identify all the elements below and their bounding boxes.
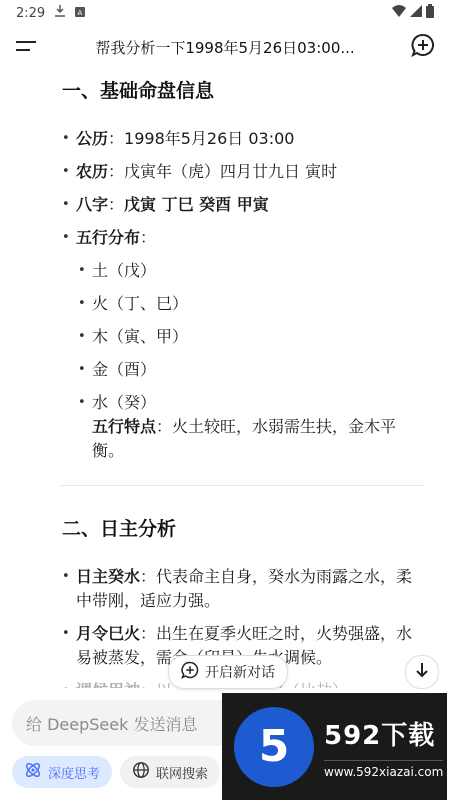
- divider: [60, 485, 424, 486]
- new-chat-button[interactable]: [410, 34, 436, 60]
- wifi-icon: [392, 5, 406, 21]
- list-item: 火（丁、巳）: [78, 292, 424, 316]
- status-time: 2:29: [16, 6, 45, 21]
- section-heading-basic: 一、基础命盘信息: [62, 76, 424, 103]
- section-heading-day-master: 二、日主分析: [62, 514, 424, 541]
- battery-icon: [426, 4, 434, 22]
- watermark-brand: 592下载: [324, 715, 443, 752]
- svg-text:A: A: [78, 9, 83, 17]
- list-item: 八字：戊寅 丁巳 癸酉 甲寅: [62, 193, 424, 217]
- web-search-label: 联网搜索: [156, 763, 208, 782]
- start-new-chat-button[interactable]: 开启新对话: [168, 655, 288, 689]
- arrow-down-icon: [414, 662, 430, 682]
- watermark-logo: 5: [234, 707, 314, 787]
- atom-icon: [24, 761, 42, 783]
- five-elements-list: 土（戊） 火（丁、巳） 木（寅、甲） 金（酉） 水（癸）: [62, 259, 424, 415]
- web-search-toggle[interactable]: 联网搜索: [120, 756, 220, 788]
- deep-think-toggle[interactable]: 深度思考: [12, 756, 112, 788]
- message-input-placeholder: 给 DeepSeek 发送消息: [26, 712, 197, 735]
- start-new-chat-label: 开启新对话: [205, 662, 275, 682]
- basic-info-list: 公历：1998年5月26日 03:00 农历：戊寅年（虎）四月廿九日 寅时 八字…: [62, 127, 424, 250]
- status-bar: 2:29 A: [0, 0, 450, 26]
- list-item: 日主癸水：代表命主自身，癸水为雨露之水，柔中带刚，适应力强。: [62, 565, 424, 613]
- list-item: 公历：1998年5月26日 03:00: [62, 127, 424, 151]
- download-icon: [55, 5, 65, 21]
- list-item: 土（戊）: [78, 259, 424, 283]
- watermark-url: www.592xiazai.com: [324, 760, 443, 779]
- scroll-to-bottom-button[interactable]: [405, 655, 439, 689]
- watermark-overlay: 5 592下载 www.592xiazai.com: [222, 693, 447, 800]
- new-chat-icon: [411, 33, 435, 61]
- globe-icon: [132, 761, 150, 783]
- list-item: 木（寅、甲）: [78, 325, 424, 349]
- new-chat-icon: [181, 661, 199, 683]
- chat-title: 帮我分析一下1998年5月26日03:00...: [95, 37, 354, 58]
- menu-button[interactable]: [14, 34, 40, 60]
- list-item: 水（癸）: [78, 391, 424, 415]
- signal-icon: [410, 5, 422, 21]
- list-item: 金（酉）: [78, 358, 424, 382]
- deep-think-label: 深度思考: [48, 763, 100, 782]
- chat-message: 一、基础命盘信息 公历：1998年5月26日 03:00 农历：戊寅年（虎）四月…: [0, 68, 450, 688]
- composer-options: 深度思考 联网搜索: [12, 756, 220, 788]
- menu-icon: [16, 38, 38, 57]
- list-item: 五行分布：: [62, 226, 424, 250]
- list-item: 农历：戊寅年（虎）四月廿九日 寅时: [62, 160, 424, 184]
- five-elements-note: 五行特点：火土较旺，水弱需生扶，金木平衡。: [62, 415, 424, 463]
- chat-header: 帮我分析一下1998年5月26日03:00...: [0, 26, 450, 68]
- app-notification-icon: A: [75, 6, 85, 21]
